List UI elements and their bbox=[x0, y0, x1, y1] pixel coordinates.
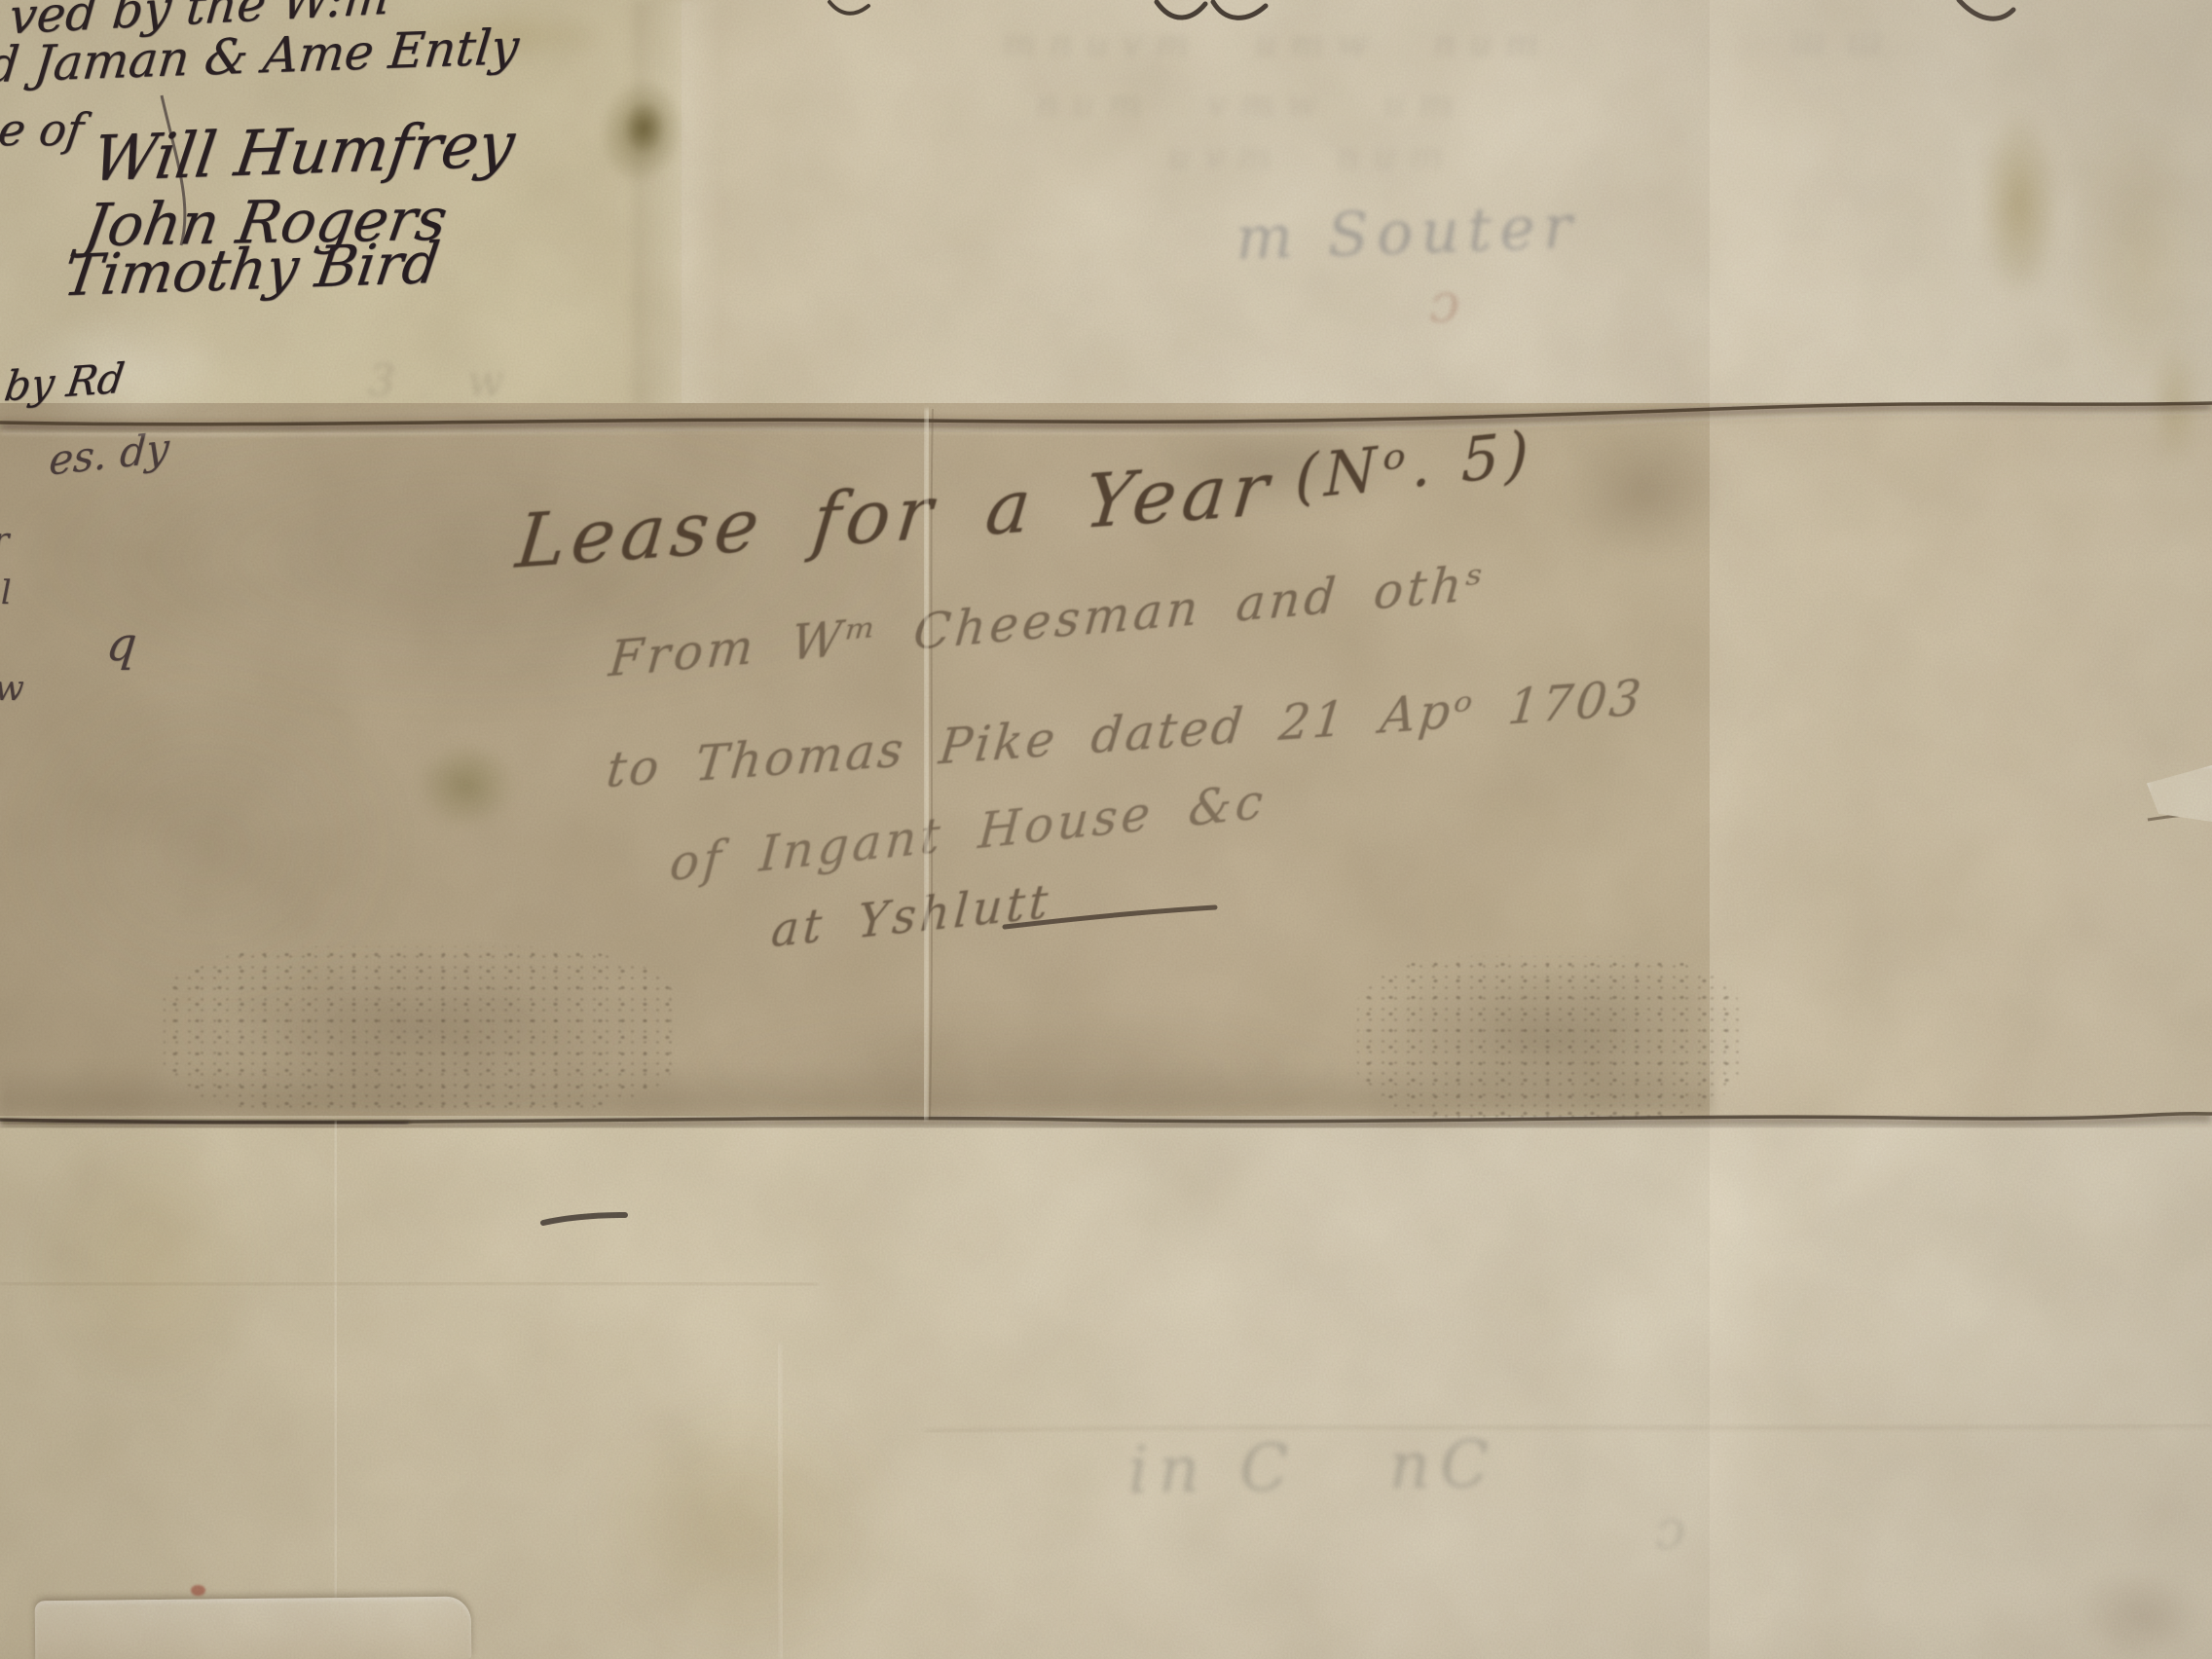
photo-vignette bbox=[0, 0, 2212, 1659]
parchment-document-photo: mnuvm umw num num vmw um uvm num m Soute… bbox=[0, 0, 2212, 1659]
